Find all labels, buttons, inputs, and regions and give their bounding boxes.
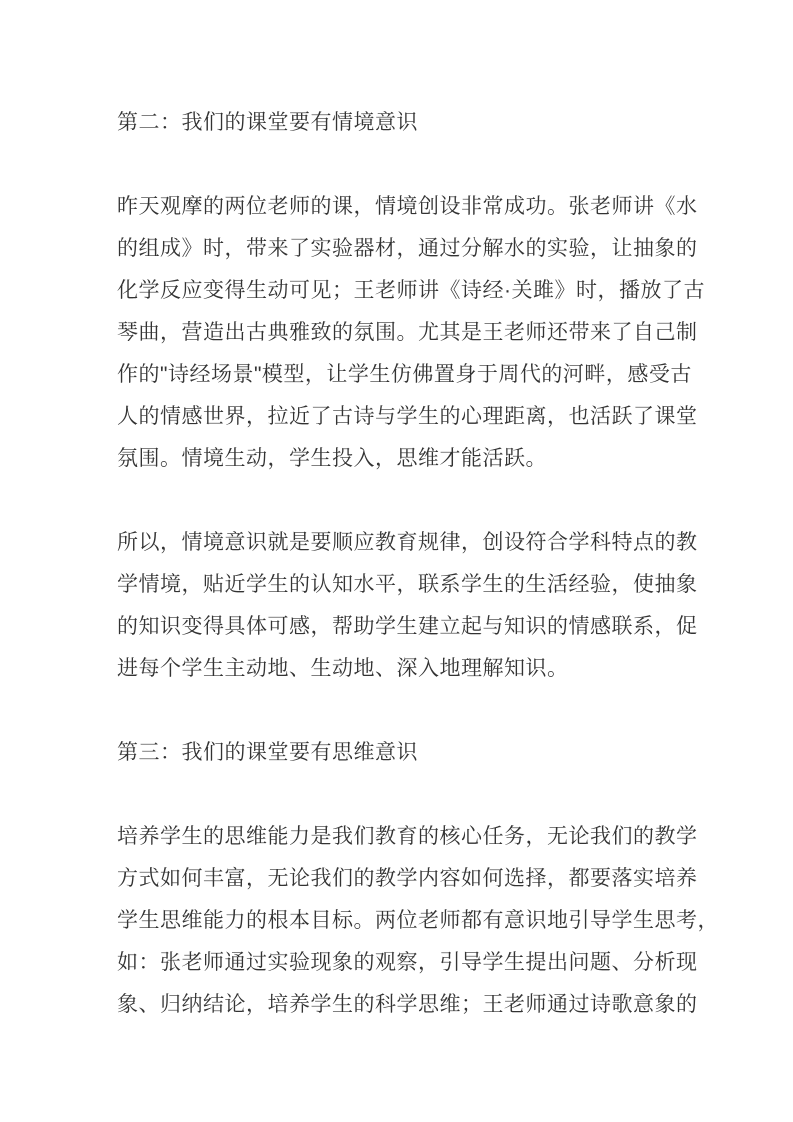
paragraph-situation-examples: 昨天观摩的两位老师的课，情境创设非常成功。张老师讲《水 的组成》时，带来了实验器… xyxy=(117,186,737,480)
text-line: 象、归纳结论，培养学生的科学思维；王老师通过诗歌意象的 xyxy=(117,984,737,1026)
text-line: 昨天观摩的两位老师的课，情境创设非常成功。张老师讲《水 xyxy=(117,186,737,228)
text-line: 琴曲，营造出古典雅致的氛围。尤其是王老师还带来了自己制 xyxy=(117,312,737,354)
text-line: 化学反应变得生动可见；王老师讲《诗经·关雎》时，播放了古 xyxy=(117,270,737,312)
text-line: 所以，情境意识就是要顺应教育规律，创设符合学科特点的教 xyxy=(117,522,737,564)
text-line: 学情境，贴近学生的认知水平，联系学生的生活经验，使抽象 xyxy=(117,564,737,606)
text-line: 人的情感世界，拉近了古诗与学生的心理距离，也活跃了课堂 xyxy=(117,396,737,438)
text-line: 如：张老师通过实验现象的观察，引导学生提出问题、分析现 xyxy=(117,942,737,984)
heading-text: 第三：我们的课堂要有思维意识 xyxy=(117,732,737,774)
paragraph-thinking: 培养学生的思维能力是我们教育的核心任务，无论我们的教学 方式如何丰富，无论我们的… xyxy=(117,816,737,1026)
text-line: 方式如何丰富，无论我们的教学内容如何选择，都要落实培养 xyxy=(117,858,737,900)
document-page: 第二：我们的课堂要有情境意识 昨天观摩的两位老师的课，情境创设非常成功。张老师讲… xyxy=(0,0,793,1122)
text-line: 进每个学生主动地、生动地、深入地理解知识。 xyxy=(117,648,737,690)
section-heading-3: 第三：我们的课堂要有思维意识 xyxy=(117,732,737,774)
text-line: 的知识变得具体可感，帮助学生建立起与知识的情感联系，促 xyxy=(117,606,737,648)
paragraph-situation-conclusion: 所以，情境意识就是要顺应教育规律，创设符合学科特点的教 学情境，贴近学生的认知水… xyxy=(117,522,737,690)
text-line: 氛围。情境生动，学生投入，思维才能活跃。 xyxy=(117,438,737,480)
heading-text: 第二：我们的课堂要有情境意识 xyxy=(117,102,737,144)
section-heading-2: 第二：我们的课堂要有情境意识 xyxy=(117,102,737,144)
text-line: 学生思维能力的根本目标。两位老师都有意识地引导学生思考， xyxy=(117,900,737,942)
text-line: 培养学生的思维能力是我们教育的核心任务，无论我们的教学 xyxy=(117,816,737,858)
text-line: 作的"诗经场景"模型，让学生仿佛置身于周代的河畔，感受古 xyxy=(117,354,737,396)
text-line: 的组成》时，带来了实验器材，通过分解水的实验，让抽象的 xyxy=(117,228,737,270)
